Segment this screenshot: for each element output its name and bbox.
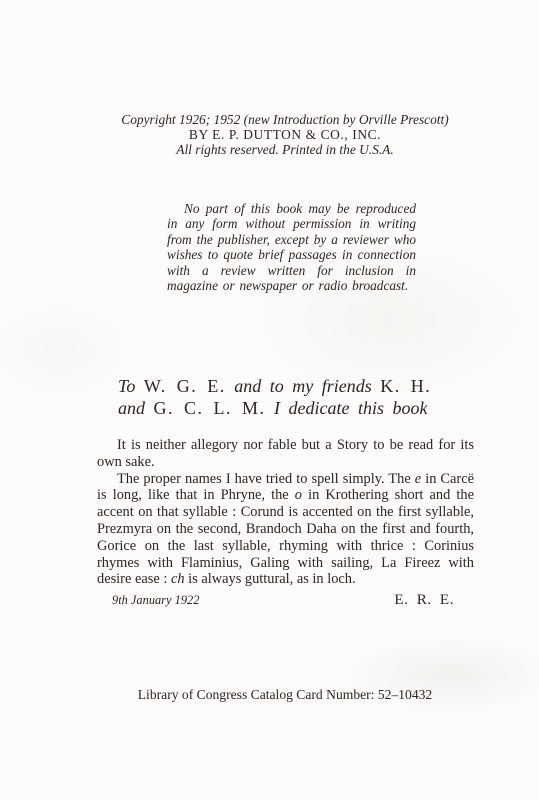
body-paragraph-2: The proper names I have tried to spell s… <box>97 471 474 589</box>
library-of-congress-line: Library of Congress Catalog Card Number:… <box>0 687 539 703</box>
dedication-closing: I dedicate this book <box>274 398 427 418</box>
dedication-to: To <box>118 376 135 396</box>
copyright-line: Copyright 1926; 1952 (new Introduction b… <box>0 112 539 127</box>
publisher-line: BY E. P. DUTTON & CO., INC. <box>0 127 539 142</box>
dedication-friends-phrase: and to my friends <box>234 376 372 396</box>
dedication-initials-kh: K. H. <box>380 376 431 396</box>
author-initials: E. R. E. <box>394 591 454 609</box>
dedication-initials-wge: W. G. E. <box>144 376 226 396</box>
p2-segment-4: is always guttural, as in loch. <box>188 571 355 587</box>
dedication-initials-gclm: G. C. L. M. <box>154 398 266 418</box>
dedication-and: and <box>118 398 145 418</box>
signature-row: 9th January 1922 E. R. E. <box>97 591 474 609</box>
body-text: It is neither allegory nor fable but a S… <box>97 437 474 588</box>
permissions-notice: No part of this book may be reproduced i… <box>167 201 416 293</box>
p2-italic-o: o <box>295 487 302 503</box>
dedication: To W. G. E. and to my friends K. H. and … <box>118 376 438 419</box>
rights-reserved-line: All rights reserved. Printed in the U.S.… <box>0 142 539 157</box>
body-paragraph-1: It is neither allegory nor fable but a S… <box>97 437 474 471</box>
copyright-block: Copyright 1926; 1952 (new Introduction b… <box>0 112 539 158</box>
p2-italic-e: e <box>415 471 421 487</box>
book-page-scan: Copyright 1926; 1952 (new Introduction b… <box>0 0 539 800</box>
date-line: 9th January 1922 <box>112 593 199 608</box>
p2-italic-ch: ch <box>171 571 185 587</box>
p2-segment-1: The proper names I have tried to spell s… <box>117 471 411 487</box>
